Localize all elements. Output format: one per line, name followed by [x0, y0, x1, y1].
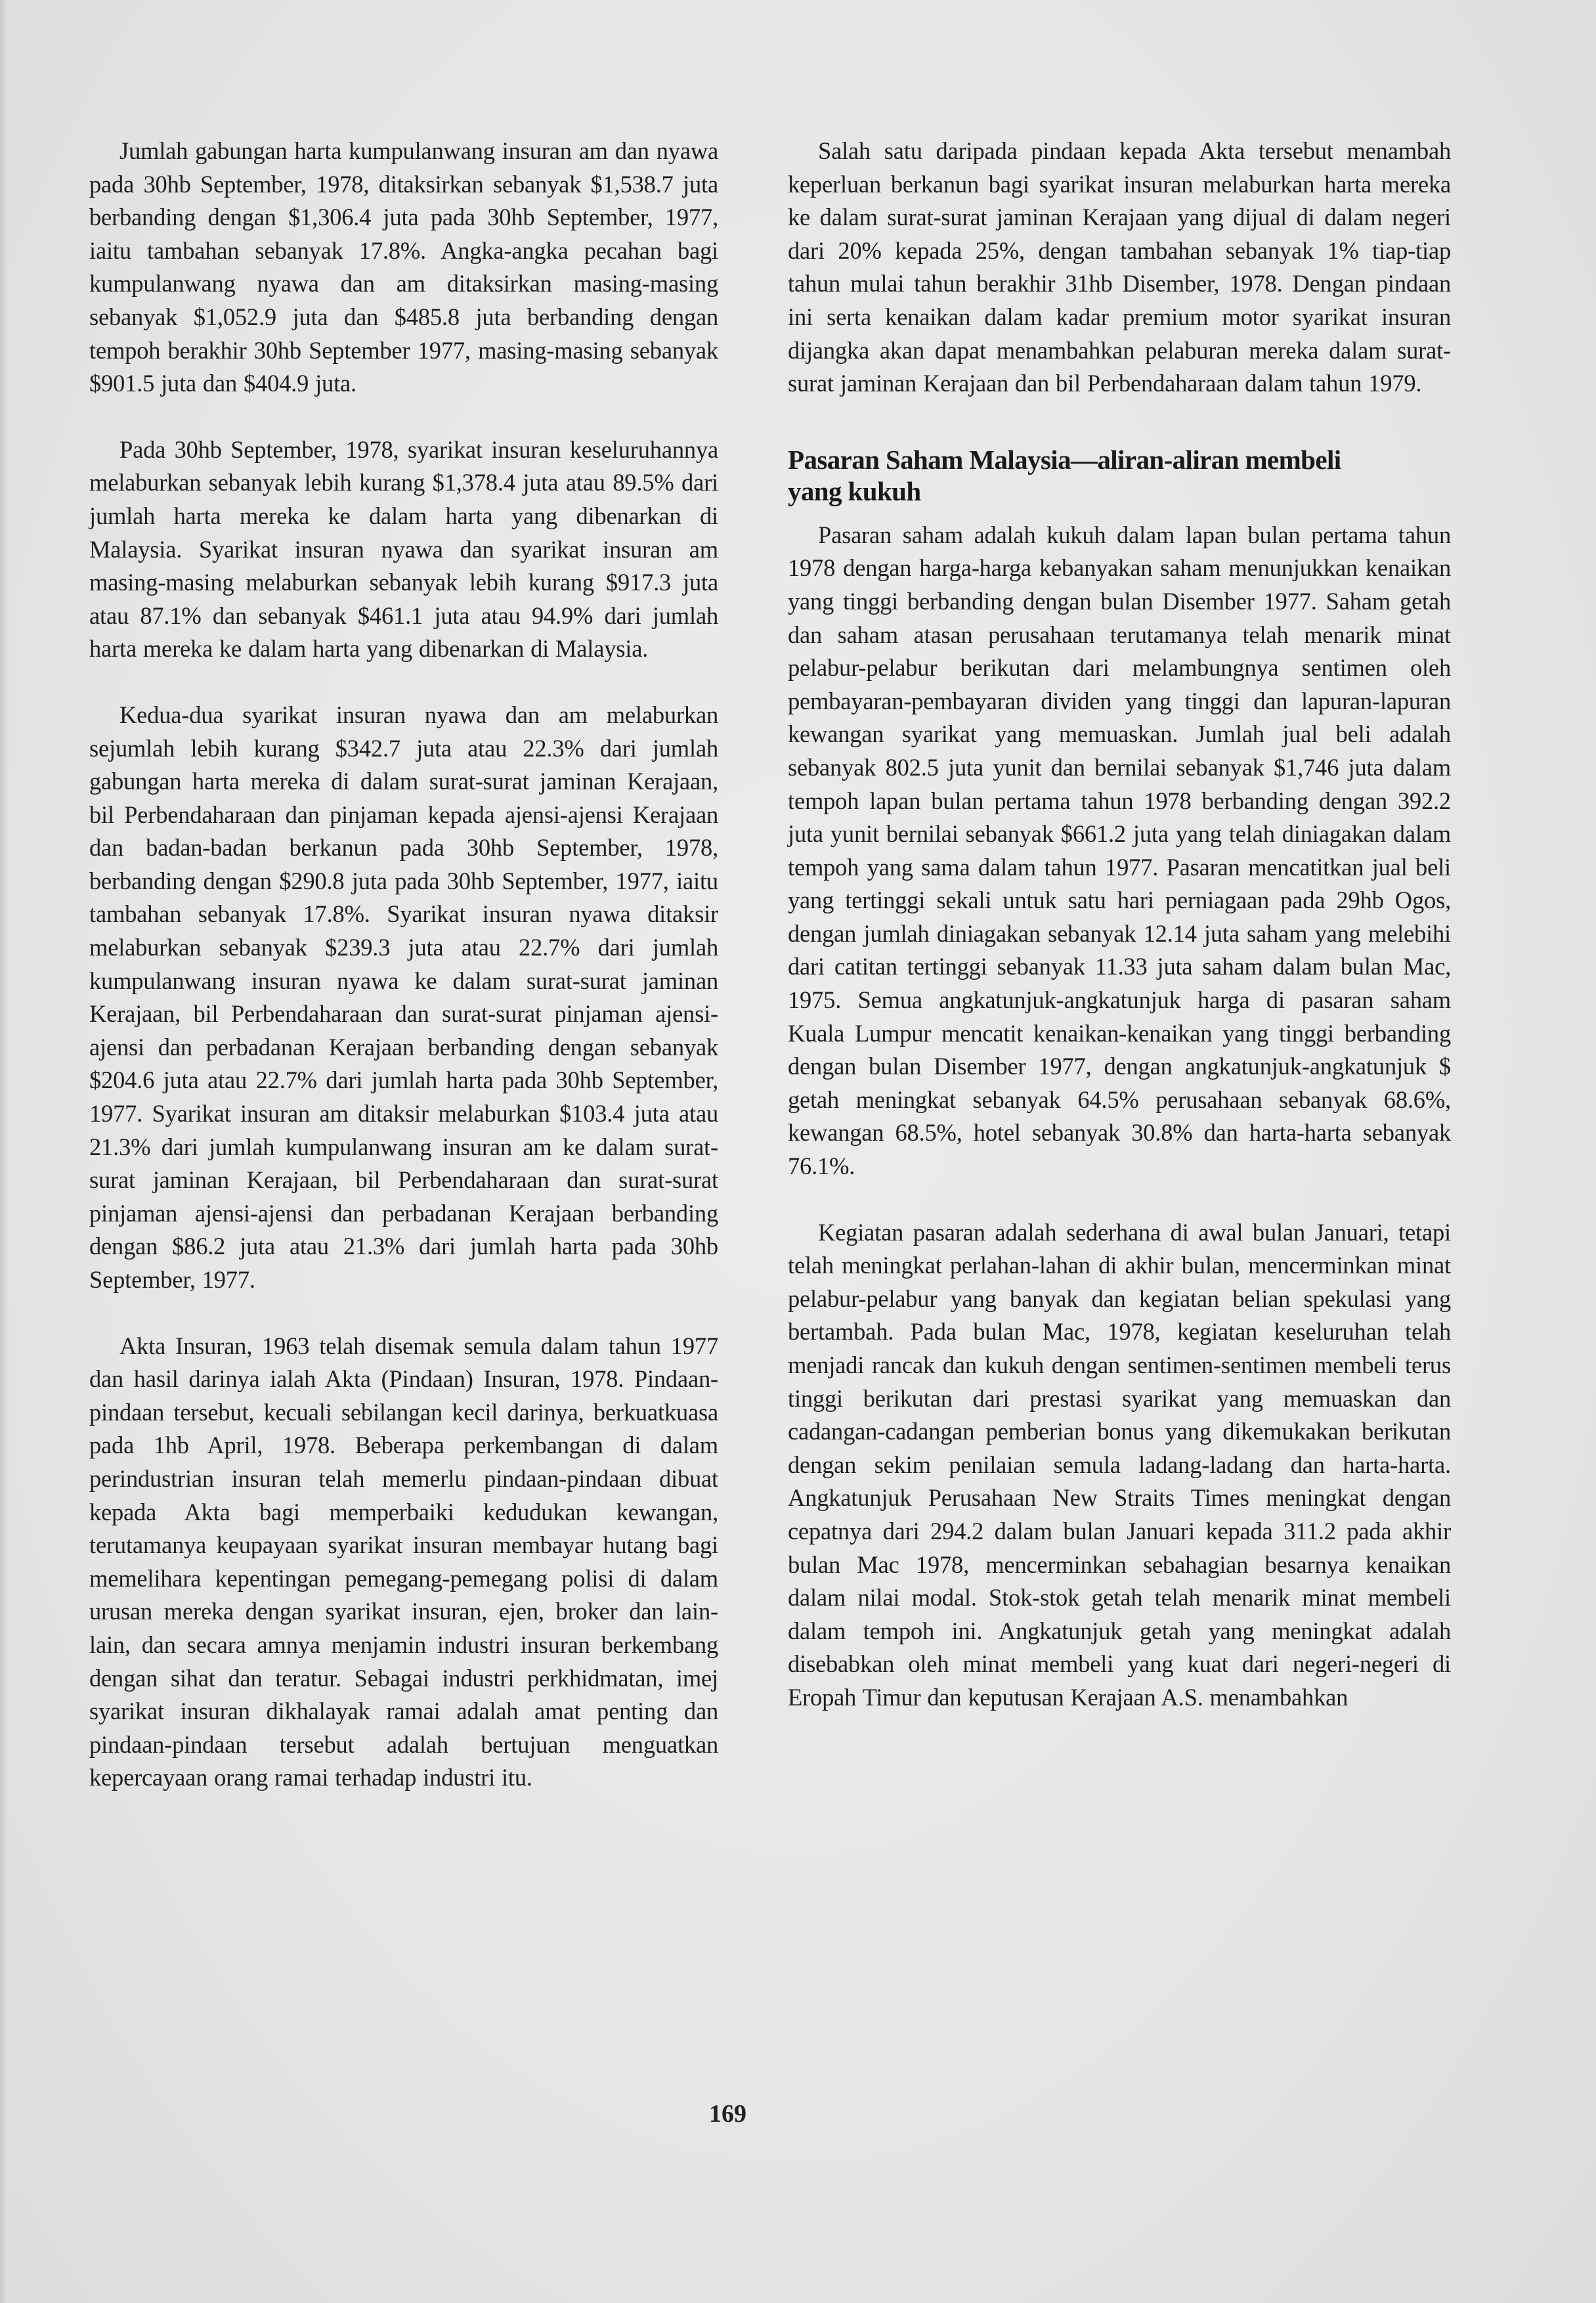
section-heading-stock-market: Pasaran Saham Malaysia—aliran-aliran mem…: [788, 444, 1352, 507]
scanned-page: Jumlah gabungan harta kumpulanwang insur…: [0, 0, 1596, 2303]
paragraph-act-amendment-investment: Salah satu daripada pindaan kepada Akta …: [788, 135, 1451, 401]
paragraph-insurance-fund-total: Jumlah gabungan harta kumpulanwang insur…: [89, 135, 718, 401]
paragraph-government-securities: Kedua-dua syarikat insuran nyawa dan am …: [89, 699, 718, 1297]
paragraph-insurance-investment-malaysia: Pada 30hb September, 1978, syarikat insu…: [89, 433, 718, 666]
paragraph-insurance-act-amendment: Akta Insuran, 1963 telah disemak semula …: [89, 1330, 718, 1795]
paragraph-market-activity: Kegiatan pasaran adalah sederhana di awa…: [788, 1216, 1451, 1715]
paragraph-stock-market-overview: Pasaran saham adalah kukuh dalam lapan b…: [788, 519, 1451, 1183]
page-edge-shadow: [0, 0, 9, 2303]
left-column: Jumlah gabungan harta kumpulanwang insur…: [89, 135, 718, 1795]
right-column: Salah satu daripada pindaan kepada Akta …: [788, 135, 1451, 1715]
page-number: 169: [709, 2099, 746, 2128]
